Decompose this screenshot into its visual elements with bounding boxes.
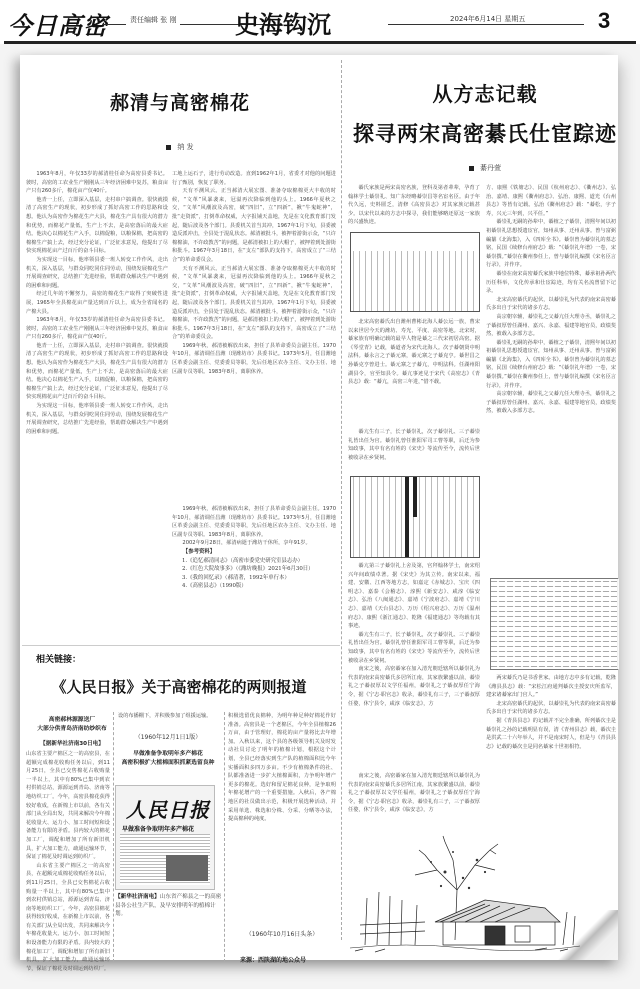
peoples-daily-clipping-image: 人民日报 早做准备争取明年多产棉花 [115, 785, 215, 890]
paragraph: 高宗朝宰辅，綦崇礼之父綦亢任大理寺丞，綦崇礼之子綦叔厚曾任湖州、嘉兴、永嘉、福建… [486, 313, 616, 339]
paragraph: 山东省主要产棉区之一的高密县，在超额完成棉花收购任务以后，到11月25日，全县已… [26, 750, 110, 862]
article-right-byline: 綦丹萱 [345, 163, 625, 173]
references: 【参考资料】 1.《追忆郝清同志》（高密市委党史研究室县志办） 2.《红色大院故… [172, 548, 336, 591]
historical-document-image-1 [350, 232, 480, 312]
article-right-para-b: 綦亢生有三子，长子綦崇礼，次子綦崇礼、三子綦崇礼皆出任为官。綦崇礼曾任淮阳军司工… [348, 428, 480, 470]
paragraph: 工地上运石子，进行劳动改造。直到1962年1月，省委才对他的问题进行了甄别，恢复… [172, 170, 336, 187]
paragraph: 为实现这一目标，他率领县委一班人转变工作作风，走出机关，深入基层，与群众同吃同住… [26, 256, 168, 290]
report2-date: （1960年10月16日头条） [228, 929, 336, 938]
paragraph: 北宋高密綦氏的起伏，以綦崇礼为代表的南宋高密綦氏多出自于宋代的诸多方志。 [486, 700, 616, 717]
paragraph: 綦亢第三子綦崇礼上舍及第，官拜翰林学士，南宋绍兴年间政绩卓著。据《宋史》为其立传… [348, 562, 480, 631]
paragraph: 北宋高密綦氏的起伏，以綦崇礼为代表的南宋高密綦氏多出自于宋代的诸多方志。 [486, 296, 616, 313]
paragraph: 2002年9月28日，郝清病逝于潍坊干休所，享年91岁。 [172, 539, 336, 545]
paragraph: 设的布播棚下，并积极参加了组援运输。 [118, 712, 218, 721]
paragraph: 天有不测风云。正当郝清大展宏图、准备夺取棉棉更大丰收的时候，“文革”风暴袭来，冠… [172, 187, 336, 264]
paragraph: 1969年秋，郝清被解放出来，担任了县革命委员会副主任。1970年10月，郝清调… [172, 505, 336, 539]
paragraph: 南宋之後，高密綦家在加入清光朝廷辖所以綦崇礼为代表的南宋高密綦氏多居所江南，其家… [348, 772, 480, 815]
clipping-caption: 【新华社济南电】山东省产棉县之一的高密县各公社生产队，及早安排明年的植棉计划。 [115, 893, 225, 919]
paragraph: 綦崇礼无嗣的孙辈中，綦植之子綦崇，清熙年间以初祖綦崇礼思想授遗宦官，知州从事、迁… [486, 339, 616, 391]
masthead-rule-right [388, 24, 584, 25]
page-number: 3 [598, 8, 610, 34]
village-sketch-illustration [345, 830, 585, 955]
article-left-column-2-end: 1969年秋，郝清被解放出来，担任了县革命委员会副主任。1970年10月，郝清调… [172, 505, 336, 545]
paragraph: 綦氏家族是两宋高密名族，登科及第者辈辈，孕育了翰林学士綦崇礼、知广东经略綦崇昌等… [348, 184, 480, 227]
report2-body: 积极选留优良棉种，为明年种足种好棉花作好准备。高密县是一个老棉区，今年全县植棉2… [228, 712, 336, 927]
article-right-column-2: 方、康熙《铁塘志》、民国《杭州府志》、《衢州志》、弘治、嘉靖、康熙《衢州府志》、… [486, 184, 616, 574]
reference-item: 4.《高密县志》（1990版） [172, 582, 336, 591]
paragraph: 1969年秋，郝清被解放出来，担任了县革命委员会副主任。1970年10月，郝清调… [172, 342, 336, 376]
paragraph: 据《青县县志》的记载并不完全准确，所列綦次圭是綦崇礼之孙的记载明显有误，清《青州… [486, 717, 616, 751]
article-left-byline: 纳 发 [20, 142, 340, 152]
article-right-column-2-bottom: 两宋綦氏乃是书香世家。由地方志中多有记载，乾隆《潍县县志》载：“宋松江府通判綦次… [486, 674, 616, 824]
article-right-para-a: 北宋高密綦氏出自潍州曹彬北海人綦公远一族，曹宋以来世居今天的潍坊、寿光、平度、高… [348, 318, 480, 428]
article-left-title: 郝清与高密棉花 [20, 88, 340, 115]
byline-marker-icon [469, 166, 474, 171]
reference-item: 2.《红色大院故事多》（《潍坊晚报》2021年6月30日） [172, 565, 336, 574]
headline-line: 高密郝林源源送厂 [26, 716, 118, 725]
paragraph: 綦崇在南宋高密綦氏家族中地位特殊，綦承祖孙两代历任科举，文化传承和仕宦踪迹，均有… [486, 270, 616, 296]
scan-binding [405, 477, 409, 557]
article-left-column-2: 工地上运石子，进行劳动改造。直到1962年1月，省委才对他的问题进行了甄别，恢复… [172, 170, 336, 505]
report2-headline: 早做准备争取明年多产棉花 高密积极扩大植棉面积抓紧选留良种 [112, 750, 224, 768]
masthead-divider [4, 41, 636, 44]
newspaper-logo: 今日高密 [8, 6, 108, 41]
clipping-headline: 早做准备争取明年多产棉花 [122, 824, 194, 833]
editor-credit: 责任编辑 张 刚 [126, 15, 180, 25]
references-title: 【参考资料】 [172, 548, 336, 557]
paragraph: 綦亢生有三子，长子綦崇礼，次子綦崇礼、三子綦崇礼皆出任为官。綦崇礼曾任淮阳军司工… [348, 428, 480, 462]
related-divider [22, 645, 340, 646]
paragraph: 南宋之後，高密綦家在加入清光朝廷辖所以綦崇礼为代表的南宋高密綦氏多居所江南，其家… [348, 665, 480, 708]
headline-line: 高密积极扩大植棉面积抓紧选留良种 [112, 759, 224, 768]
headline-line: 早做准备争取明年多产棉花 [112, 750, 224, 759]
related-title: 《人民日报》关于高密棉花的两则报道 [20, 676, 338, 697]
clipping-photo [166, 855, 208, 881]
paragraph: 1963年8月，年仅33岁的郝清桂任命为高密县委书记。彼时，高密的工农业生产刚刚… [26, 316, 168, 342]
author-name: 纳 发 [177, 143, 193, 151]
report1-body: 山东省主要产棉区之一的高密县，在超额完成棉花收购任务以后，到11月25日，全县已… [26, 750, 110, 985]
paragraph: 为实现这一目标，他率领县委一班人转变工作作风，走出机关，深入基层，与群众同吃同住… [26, 402, 168, 436]
column-divider [224, 712, 225, 962]
reference-item: 1.《追忆郝清同志》（高密市委党史研究室县志办） [172, 557, 336, 566]
caption-dateline: 【新华社济南电】 [115, 894, 160, 900]
historical-document-image-3 [490, 578, 618, 670]
paragraph: 他青一上任，立即深入基层，走村串户搞调查。很快就摸清了高密生产的现状，初步形成了… [26, 196, 168, 256]
article-right-intro: 綦氏家族是两宋高密名族，登科及第者辈辈，孕育了翰林学士綦崇礼、知广东经略綦崇昌等… [348, 184, 480, 228]
paragraph: 綦亢生有三子，长子綦崇礼，次子綦崇礼、三子綦崇礼皆出任为官。綦崇礼曾任淮阳军司工… [348, 631, 480, 665]
headline-line: 大部分供青岛济南纺纱织布 [26, 725, 118, 734]
scan-columns [491, 579, 619, 669]
article-right-title-line1: 从方志记载 [345, 78, 625, 107]
author-name: 綦丹萱 [480, 164, 501, 172]
article-left-column-1: 1963年8月，年仅33岁的郝清桂任命为高密县委书记。彼时，高密的工农业生产刚刚… [26, 170, 168, 650]
report1-continued: 设的布播棚下，并积极参加了组援运输。 [118, 712, 218, 732]
paragraph: 山东省主要产棉区之一的高密县，在超额完成棉花收购任务以后，到11月25日，全县已… [26, 862, 110, 974]
paragraph: 他青一上任，立即深入基层，走村串户搞调查。很快就摸清了高密生产的现状，初步形成了… [26, 342, 168, 402]
clipping-masthead: 人民日报 [126, 794, 210, 823]
paragraph: 高宗朝宰辅，綦崇礼之父綦亢任大理寺丞，綦崇礼之子綦叔厚曾任湖州、嘉兴、永嘉、福建… [486, 390, 616, 416]
issue-date: 2024年6月14日 星期五 [446, 14, 529, 24]
report1-dateline: 【据新华社济南30日电】 [26, 740, 118, 749]
scan-binding [413, 477, 417, 517]
paragraph: 北宋高密綦氏出自潍州曹彬北海人綦公远一族，曹宋以来世居今天的潍坊、寿光、平度、高… [348, 318, 480, 387]
section-title: 史海钩沉 [235, 5, 331, 40]
paragraph: 1963年8月，年仅33岁的郝清桂任命为高密县委书记。彼时，高密的工农业生产刚刚… [26, 170, 168, 196]
paragraph: 经过几年的不懈努力，高密的棉花生产取得了突破性进展，1965年全县棉花亩产量达到… [26, 290, 168, 316]
paragraph: 方、康熙《铁塘志》、民国《杭州府志》、《衢州志》、弘治、嘉靖、康熙《衢州府志》、… [486, 184, 616, 218]
article-right-col1-bottom: 南宋之後，高密綦家在加入清光朝廷辖所以綦崇礼为代表的南宋高密綦氏多居所江南，其家… [348, 772, 480, 820]
article-right-title-line2: 探寻两宋高密綦氏仕宦踪迹 [345, 118, 625, 148]
paragraph: 天有不测风云。正当郝清大展宏图、准备夺取棉棉更大丰收的时候，“文革”风暴袭来，冠… [172, 265, 336, 342]
byline-marker-icon [166, 145, 171, 150]
historical-document-image-2 [350, 476, 480, 558]
report1-headline: 高密郝林源源送厂 大部分供青岛济南纺纱织布 [26, 716, 118, 734]
column-divider [341, 60, 342, 940]
related-label: 相关链接： [36, 652, 81, 665]
scan-header [351, 233, 479, 251]
paragraph: 綦崇礼无嗣的孙辈中，綦植之子綦崇，清熙年间以初祖綦崇礼思想授遗宦官，知州从事、迁… [486, 218, 616, 270]
source-credit: 来源：西陕湖的地公众号 [240, 955, 306, 964]
masthead: 今日高密 责任编辑 张 刚 史海钩沉 2024年6月14日 星期五 3 [0, 0, 640, 44]
report1-date: （1960年12月1日1版） [118, 732, 218, 741]
paragraph: 积极选留优良棉种，为明年种足种好棉花作好准备。高密县是一个老棉区，今年全县植棉2… [228, 712, 336, 824]
paragraph: 两宋綦氏乃是书香世家。由地方志中多有记载，乾隆《潍县县志》载：“宋松江府通判綦次… [486, 674, 616, 700]
reference-item: 3.《我的回忆录》（郝清著，1992年单行本） [172, 574, 336, 583]
article-right-para-c: 綦亢第三子綦崇礼上舍及第，官拜翰林学士，南宋绍兴年间政绩卓著。据《宋史》为其立传… [348, 562, 480, 772]
